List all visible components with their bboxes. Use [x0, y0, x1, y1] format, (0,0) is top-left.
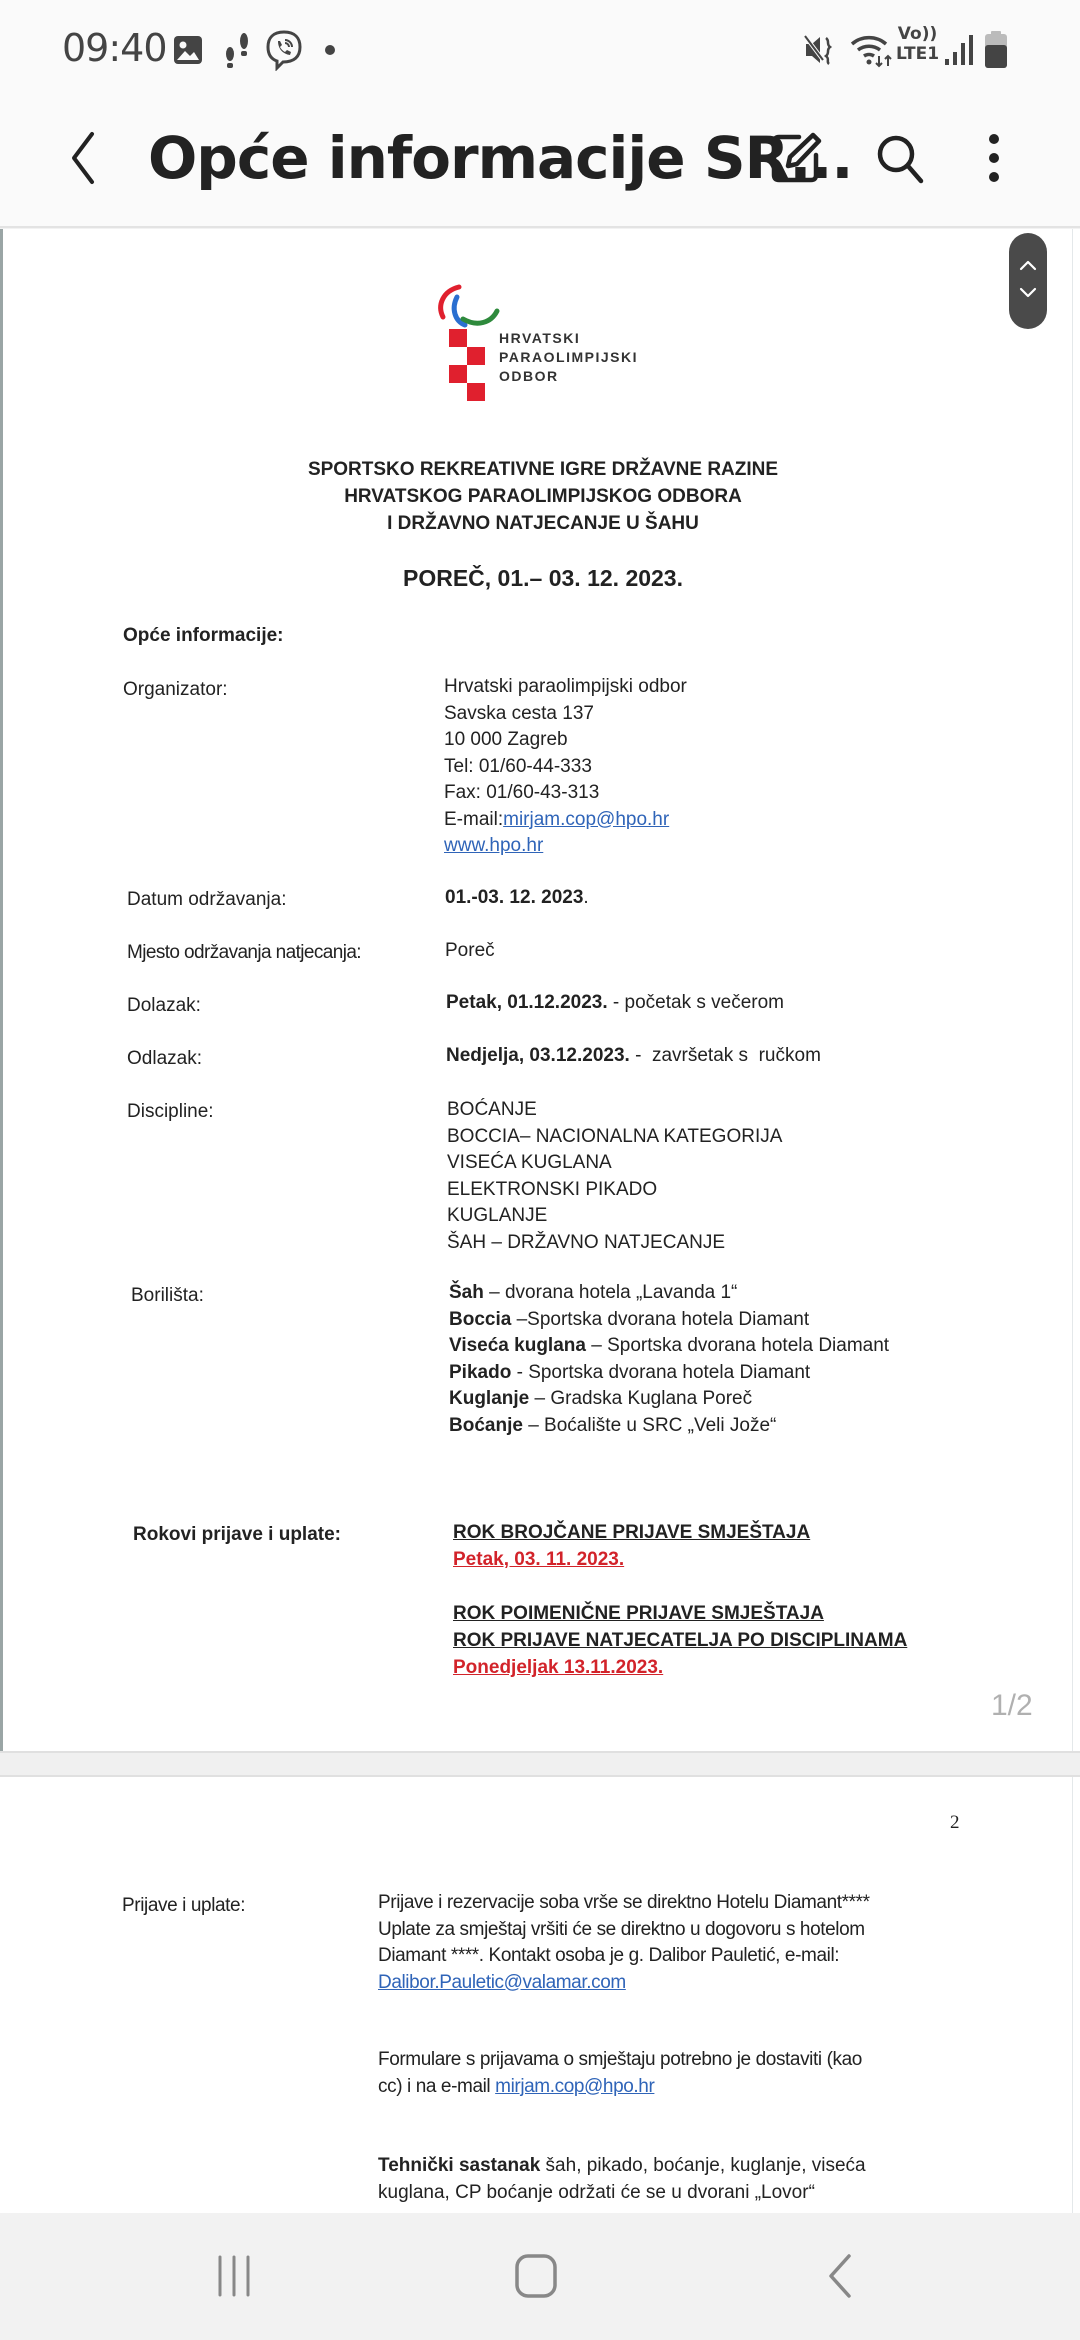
logo-line: PARAOLIMPIJSKI — [499, 348, 638, 367]
organizer-details: Hrvatski paraolimpijski odbor Savska ces… — [444, 674, 687, 860]
status-time: 09:40 — [62, 26, 167, 70]
chevron-down-icon[interactable] — [1019, 286, 1037, 304]
contact-email-link[interactable]: Dalibor.Pauletic@valamar.com — [378, 1972, 626, 1993]
date-held-bold: 01.-03. 12. 2023 — [445, 887, 583, 908]
venue-sport: Kuglanje — [449, 1388, 529, 1409]
date-held-label: Datum održavanja: — [127, 889, 286, 911]
logo-line: HRVATSKI — [499, 329, 638, 348]
forms-line: Formulare s prijavama o smještaju potreb… — [378, 2047, 862, 2074]
venue-label: Mjesto održavanja natjecanja: — [127, 942, 361, 964]
venue-item: Šah – dvorana hotela „Lavanda 1“ — [449, 1280, 889, 1307]
document-title: Opće informacije SR... — [148, 124, 852, 192]
discipline-item: ELEKTRONSKI PIKADO — [447, 1177, 782, 1204]
edit-button[interactable] — [756, 120, 836, 200]
signal-icon — [944, 30, 974, 70]
departure-label: Odlazak: — [127, 1048, 202, 1070]
venue-place: –Sportska dvorana hotela Diamant — [511, 1309, 809, 1330]
venues-label: Borilišta: — [131, 1285, 204, 1307]
back-icon — [825, 2252, 855, 2305]
organizer-email-line: E-mail:mirjam.cop@hpo.hr — [444, 807, 687, 834]
deadline-date: Ponedjeljak 13.11.2023. — [453, 1654, 907, 1681]
deadlines-list: ROK BROJČANE PRIJAVE SMJEŠTAJA Petak, 03… — [453, 1519, 907, 1681]
website-link[interactable]: www.hpo.hr — [444, 835, 543, 856]
departure-value: Nedjelja, 03.12.2023. - završetak s ručk… — [446, 1043, 821, 1070]
recents-button[interactable] — [174, 2233, 294, 2323]
lte-label: LTE1 — [896, 44, 939, 64]
disciplines-label: Discipline: — [127, 1101, 214, 1123]
back-icon — [62, 128, 102, 193]
venue-place: - Sportska dvorana hotela Diamant — [511, 1362, 810, 1383]
deadline-title: ROK PRIJAVE NATJECATELJA PO DISCIPLINAMA — [453, 1627, 907, 1654]
section-title: Opće informacije: — [123, 625, 284, 647]
discipline-item: BOĆANJE — [447, 1097, 782, 1124]
venue-sport: Viseća kuglana — [449, 1335, 586, 1356]
volte-label: Vo)) — [898, 24, 937, 44]
organizer-line: Fax: 01/60-43-313 — [444, 780, 687, 807]
system-nav-bar — [0, 2213, 1080, 2340]
venue-place: – Boćalište u SRC „Veli Jože“ — [523, 1415, 776, 1436]
more-options-button[interactable] — [954, 120, 1034, 200]
edit-icon — [769, 131, 823, 190]
meeting-line: Tehnički sastanak šah, pikado, boćanje, … — [378, 2153, 866, 2180]
organizer-line: Savska cesta 137 — [444, 701, 687, 728]
deadline-title: ROK POIMENIČNE PRIJAVE SMJEŠTAJA — [453, 1600, 907, 1627]
page-indicator: 1/2 — [991, 1689, 1033, 1723]
venue-sport: Boćanje — [449, 1415, 523, 1436]
organizer-line: Tel: 01/60-44-333 — [444, 754, 687, 781]
organizer-line: Hrvatski paraolimpijski odbor — [444, 674, 687, 701]
meeting-text: Tehnički sastanak šah, pikado, boćanje, … — [378, 2153, 866, 2206]
disciplines-list: BOĆANJE BOCCIA– NACIONALNA KATEGORIJA VI… — [447, 1097, 782, 1256]
venue-sport: Šah — [449, 1282, 484, 1303]
meeting-rest: šah, pikado, boćanje, kuglanje, viseća — [540, 2155, 865, 2176]
registration-line: Diamant ****. Kontakt osoba je g. Dalibo… — [378, 1943, 870, 1970]
meeting-title: Tehnički sastanak — [378, 2155, 540, 2176]
logo-line: ODBOR — [499, 367, 638, 386]
app-bar: Opće informacije SR... — [0, 100, 1080, 228]
forms-prefix: cc) i na e-mail — [378, 2076, 495, 2097]
departure-date: Nedjelja, 03.12.2023. — [446, 1045, 630, 1066]
organizer-email-link[interactable]: mirjam.cop@hpo.hr — [503, 809, 669, 830]
venue-place: – Gradska Kuglana Poreč — [529, 1388, 752, 1409]
forms-text: Formulare s prijavama o smještaju potreb… — [378, 2047, 862, 2100]
nav-back-button[interactable] — [780, 2233, 900, 2323]
date-held-value: 01.-03. 12. 2023. — [445, 885, 589, 912]
more-icon — [987, 131, 1001, 190]
venue-item: Boccia –Sportska dvorana hotela Diamant — [449, 1307, 889, 1334]
registration-label: Prijave i uplate: — [122, 1895, 245, 1917]
mute-icon — [804, 30, 838, 70]
status-bar: 09:40 Vo)) LTE1 — [0, 0, 1080, 100]
registration-line: Prijave i rezervacije soba vrše se direk… — [378, 1890, 870, 1917]
deadlines-label: Rokovi prijave i uplate: — [133, 1524, 341, 1546]
date-held-suffix: . — [583, 887, 588, 908]
arrival-label: Dolazak: — [127, 995, 201, 1017]
event-date-heading: POREČ, 01.– 03. 12. 2023. — [3, 565, 1080, 592]
gallery-icon — [172, 30, 204, 70]
home-icon — [514, 2253, 558, 2304]
venue-item: Kuglanje – Gradska Kuglana Poreč — [449, 1386, 889, 1413]
venue-sport: Boccia — [449, 1309, 511, 1330]
registration-text: Prijave i rezervacije soba vrše se direk… — [378, 1890, 870, 1996]
deadline-title: ROK BROJČANE PRIJAVE SMJEŠTAJA — [453, 1519, 907, 1546]
organizer-label: Organizator: — [123, 679, 228, 701]
heading-line: SPORTSKO REKREATIVNE IGRE DRŽAVNE RAZINE — [3, 456, 1080, 483]
document-viewport[interactable]: HRVATSKI PARAOLIMPIJSKI ODBOR SPORTSKO R… — [0, 229, 1080, 2213]
organizer-line: 10 000 Zagreb — [444, 727, 687, 754]
discipline-item: BOCCIA– NACIONALNA KATEGORIJA — [447, 1124, 782, 1151]
heading-line: I DRŽAVNO NATJECANJE U ŠAHU — [3, 510, 1080, 537]
venue-item: Boćanje – Boćalište u SRC „Veli Jože“ — [449, 1413, 889, 1440]
search-button[interactable] — [860, 120, 940, 200]
page-1: HRVATSKI PARAOLIMPIJSKI ODBOR SPORTSKO R… — [0, 229, 1072, 1751]
venue-item: Pikado - Sportska dvorana hotela Diamant — [449, 1360, 889, 1387]
venues-list: Šah – dvorana hotela „Lavanda 1“ Boccia … — [449, 1280, 889, 1439]
recents-icon — [214, 2254, 254, 2303]
registration-line: Uplate za smještaj vršiti će se direktno… — [378, 1917, 870, 1944]
battery-icon — [984, 30, 1008, 70]
page-separator — [0, 1751, 1080, 1777]
venue-sport: Pikado — [449, 1362, 511, 1383]
heading-line: HRVATSKOG PARAOLIMPIJSKOG ODBORA — [3, 483, 1080, 510]
viber-icon — [264, 30, 304, 70]
venue-place: – Sportska dvorana hotela Diamant — [586, 1335, 889, 1356]
venue-item: Viseća kuglana – Sportska dvorana hotela… — [449, 1333, 889, 1360]
meeting-line: kuglana, CP boćanje održati će se u dvor… — [378, 2180, 866, 2207]
venue-place: – dvorana hotela „Lavanda 1“ — [484, 1282, 738, 1303]
chevron-up-icon[interactable] — [1019, 258, 1037, 276]
departure-note: - završetak s ručkom — [630, 1045, 821, 1066]
wifi-icon — [850, 30, 894, 70]
page-2: 2 Prijave i uplate: Prijave i rezervacij… — [0, 1777, 1072, 2213]
back-button[interactable] — [42, 120, 122, 200]
deadline-date: Petak, 03. 11. 2023. — [453, 1546, 907, 1573]
discipline-item: KUGLANJE — [447, 1203, 782, 1230]
volte-lte-icon: Vo)) LTE1 — [896, 24, 939, 74]
logo-text: HRVATSKI PARAOLIMPIJSKI ODBOR — [499, 329, 638, 386]
forms-email-link[interactable]: mirjam.cop@hpo.hr — [495, 2076, 654, 2097]
forms-line: cc) i na e-mail mirjam.cop@hpo.hr — [378, 2074, 862, 2101]
home-button[interactable] — [476, 2233, 596, 2323]
discipline-item: VISEĆA KUGLANA — [447, 1150, 782, 1177]
search-icon — [873, 131, 927, 190]
dot-icon — [324, 30, 336, 70]
email-prefix: E-mail: — [444, 809, 503, 830]
venue-value: Poreč — [445, 938, 495, 965]
arrival-value: Petak, 01.12.2023. - početak s večerom — [446, 990, 784, 1017]
discipline-item: ŠAH – DRŽAVNO NATJECANJE — [447, 1230, 782, 1257]
arrival-date: Petak, 01.12.2023. — [446, 992, 608, 1013]
page-number: 2 — [950, 1812, 960, 1834]
page-scroll-control[interactable] — [1009, 233, 1047, 329]
steps-icon — [220, 30, 254, 70]
document-heading: SPORTSKO REKREATIVNE IGRE DRŽAVNE RAZINE… — [3, 456, 1080, 537]
arrival-note: - početak s večerom — [608, 992, 784, 1013]
